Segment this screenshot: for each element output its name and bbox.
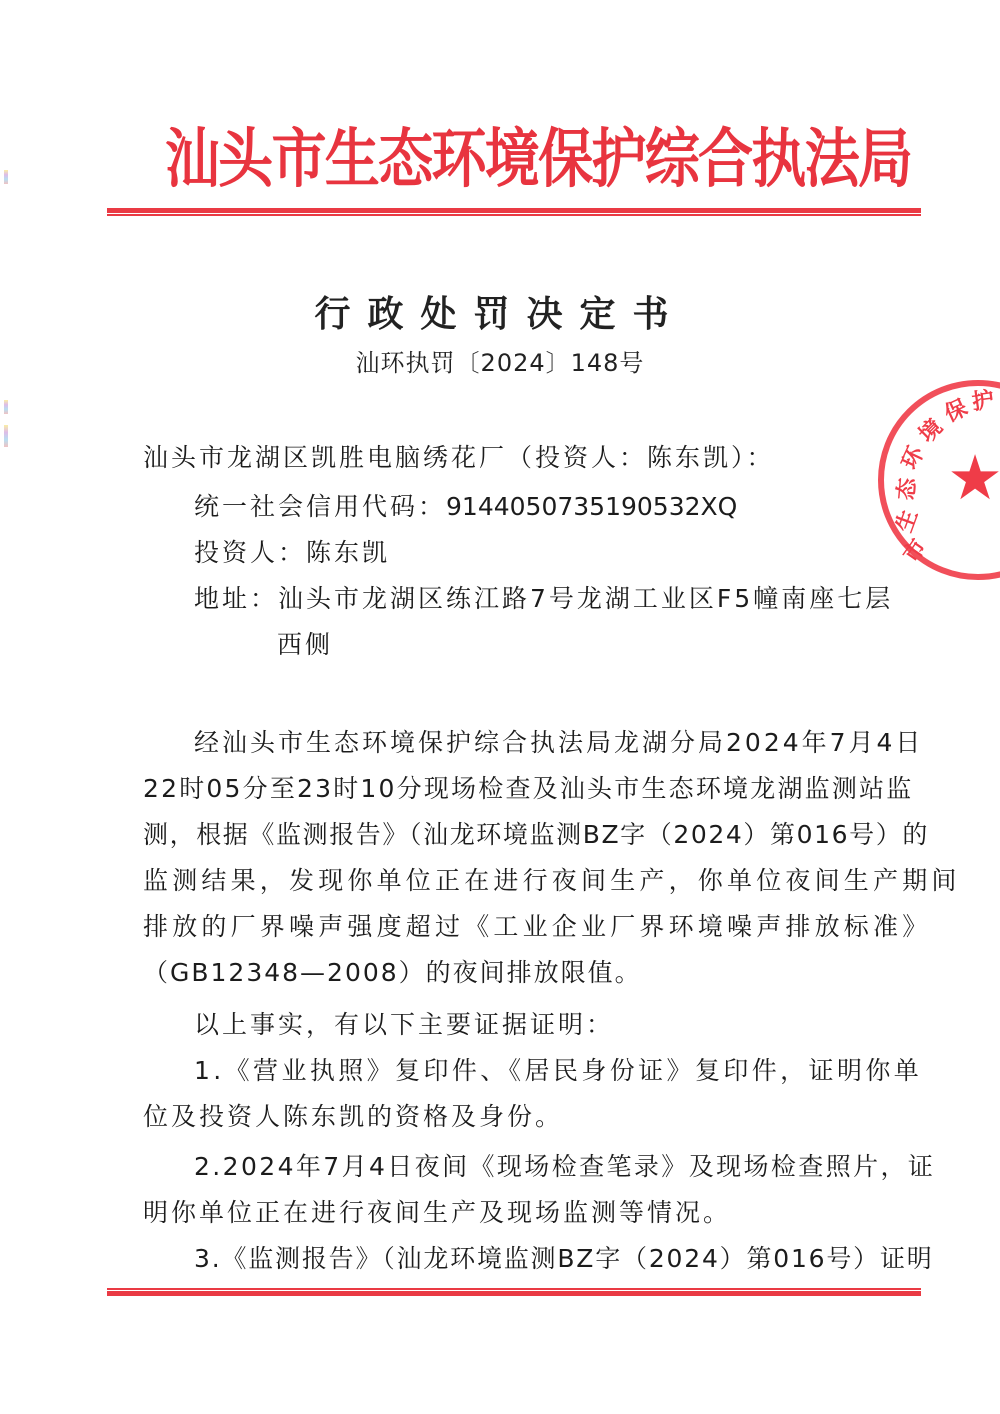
paragraph-line: 22时05分至23时10分现场检查及汕头市生态环境龙湖监测站监 <box>143 772 913 806</box>
footer-rule-thin <box>107 1288 921 1290</box>
letterhead-rule-thin <box>107 214 921 216</box>
evidence-item-2-line: 2.2024年7月4日夜间《现场检查笔录》及现场检查照片，证 <box>194 1150 935 1184</box>
investor-value: 陈东凯 <box>306 538 390 567</box>
paragraph-line: 排放的厂界噪声强度超过《工业企业厂界环境噪声排放标准》 <box>143 910 931 944</box>
document-title: 行政处罚决定书 <box>0 286 1000 337</box>
scan-artifact <box>4 425 8 447</box>
letterhead-rule-thick <box>107 208 921 213</box>
address-line-1: 汕头市龙湖区练江路7号龙湖工业区F5幢南座七层 <box>278 584 893 613</box>
investor-row: 投资人：陈东凯 <box>194 536 390 570</box>
evidence-item-3-line: 3.《监测报告》（汕龙环境监测BZ字（2024）第016号）证明 <box>194 1242 934 1276</box>
paragraph-line: 测，根据《监测报告》（汕龙环境监测BZ字（2024）第016号）的 <box>143 818 929 852</box>
star-icon: ★ <box>945 448 1000 508</box>
evidence-item-1-line: 位及投资人陈东凯的资格及身份。 <box>143 1100 563 1134</box>
seal-char: 护 <box>971 389 996 414</box>
seal-char: 态 <box>895 477 919 501</box>
scan-artifact <box>4 400 8 414</box>
evidence-item-1-line: 1.《营业执照》复印件、《居民身份证》复印件，证明你单 <box>194 1054 922 1088</box>
address-row: 地址：汕头市龙湖区练江路7号龙湖工业区F5幢南座七层 <box>194 582 893 616</box>
credit-code-label: 统一社会信用代码： <box>194 492 446 521</box>
paragraph-line: （GB12348—2008）的夜间排放限值。 <box>143 956 642 990</box>
evidence-item-2-line: 明你单位正在进行夜间生产及现场监测等情况。 <box>143 1196 731 1230</box>
address-label: 地址： <box>194 584 278 613</box>
recipient-heading: 汕头市龙湖区凯胜电脑绣花厂（投资人：陈东凯）： <box>143 441 775 475</box>
paragraph-line: 经汕头市生态环境保护综合执法局龙湖分局2024年7月4日 <box>194 726 923 760</box>
footer-rule-thick <box>107 1291 921 1296</box>
document-number: 汕环执罚〔2024〕148号 <box>0 343 1000 378</box>
paragraph-line: 监测结果，发现你单位正在进行夜间生产，你单位夜间生产期间 <box>143 864 961 898</box>
investor-label: 投资人： <box>194 538 306 567</box>
credit-code-value: 9144050735190532XQ <box>446 492 737 521</box>
scan-artifact <box>4 170 8 184</box>
address-line-2: 西侧 <box>277 628 333 662</box>
evidence-intro: 以上事实，有以下主要证据证明： <box>194 1008 614 1042</box>
agency-letterhead: 汕头市生态环境保护综合执法局 <box>165 112 863 208</box>
credit-code-row: 统一社会信用代码：9144050735190532XQ <box>194 490 737 524</box>
